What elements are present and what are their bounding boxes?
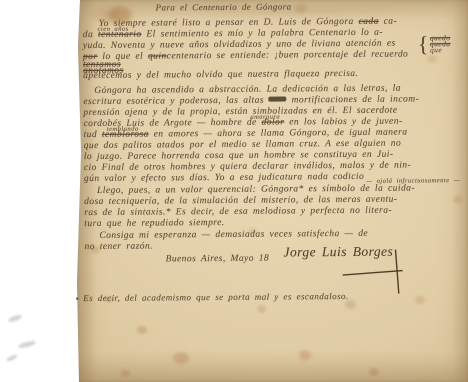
text-run: tura que he repudiado siempre. — [84, 218, 224, 229]
manuscript-line: apetecemos y del mucho olvido que nuestr… — [83, 69, 358, 81]
manuscript-title: Para el Centenario de Góngora — [149, 1, 299, 12]
text-run: gún valor y efecto sus días. Yo a esa ju… — [84, 172, 364, 184]
crossed-out-text: quin — [148, 51, 167, 61]
handwriting-layer: Para el Centenario de Góngora Yo siempre… — [0, 0, 468, 382]
manuscript-line: por lo que el quincentenario se entiende… — [83, 49, 408, 62]
manuscript-line: tura que he repudiado siempre. — [84, 218, 224, 229]
text-run: da — [83, 30, 98, 40]
text-run: Consiga mi esperanza — demasiadas veces … — [99, 229, 368, 241]
text-run: ras de la sintaxis.* Es decir, de esa me… — [84, 206, 392, 218]
text-run: centenario se entiende: ¡buen porcentaje… — [167, 49, 409, 61]
manuscript-line: no tener razón. — [84, 242, 153, 253]
signature-flourish — [334, 246, 412, 297]
footnote-text: Es decir, del academismo que se porta ma… — [83, 291, 349, 303]
date-line: Buenos Aires, Mayo 18 — [166, 254, 270, 265]
text-run: El sentimiento es mío y la palabra Cente… — [142, 28, 383, 40]
text-run: no tener razón. — [84, 242, 153, 253]
text-run: tud — [84, 130, 102, 140]
footnote-bullet-icon: ▪ — [76, 294, 79, 303]
manuscript-line: Consiga mi esperanza — demasiadas veces … — [99, 229, 368, 241]
margin-note: { quedoquedaque — [418, 33, 451, 55]
crossed-out-text: cada — [358, 17, 378, 27]
margin-brace: { — [418, 33, 429, 55]
scanned-document: Para el Centenario de Góngora Yo siempre… — [0, 0, 468, 382]
text-run: en amores — ahora se llama Góngora, de i… — [149, 128, 408, 140]
text-run: ca- — [379, 17, 397, 27]
margin-crossed-words: quedoquedaque — [430, 35, 451, 53]
manuscript-body: Yo siempre estaré listo a pensar en D. L… — [0, 0, 466, 1]
text-run: escritura esotérica y poderosa, las alta… — [83, 96, 269, 107]
text-run: mortificaciones de la incom- — [287, 94, 419, 105]
manuscript-line: ras de la sintaxis.* Es decir, de esa me… — [84, 206, 392, 218]
footnote: ▪Es decir, del academismo que se porta m… — [76, 291, 349, 303]
text-run: Yo siempre estaré listo a pensar en D. L… — [99, 17, 359, 29]
manuscript-line: gún valor y efecto sus días. Yo a esa ju… — [84, 172, 364, 184]
text-run: apetecemos y del mucho olvido que nuestr… — [83, 69, 358, 81]
ink-blot — [269, 96, 287, 101]
text-run: en los labios y de juven- — [284, 117, 402, 128]
